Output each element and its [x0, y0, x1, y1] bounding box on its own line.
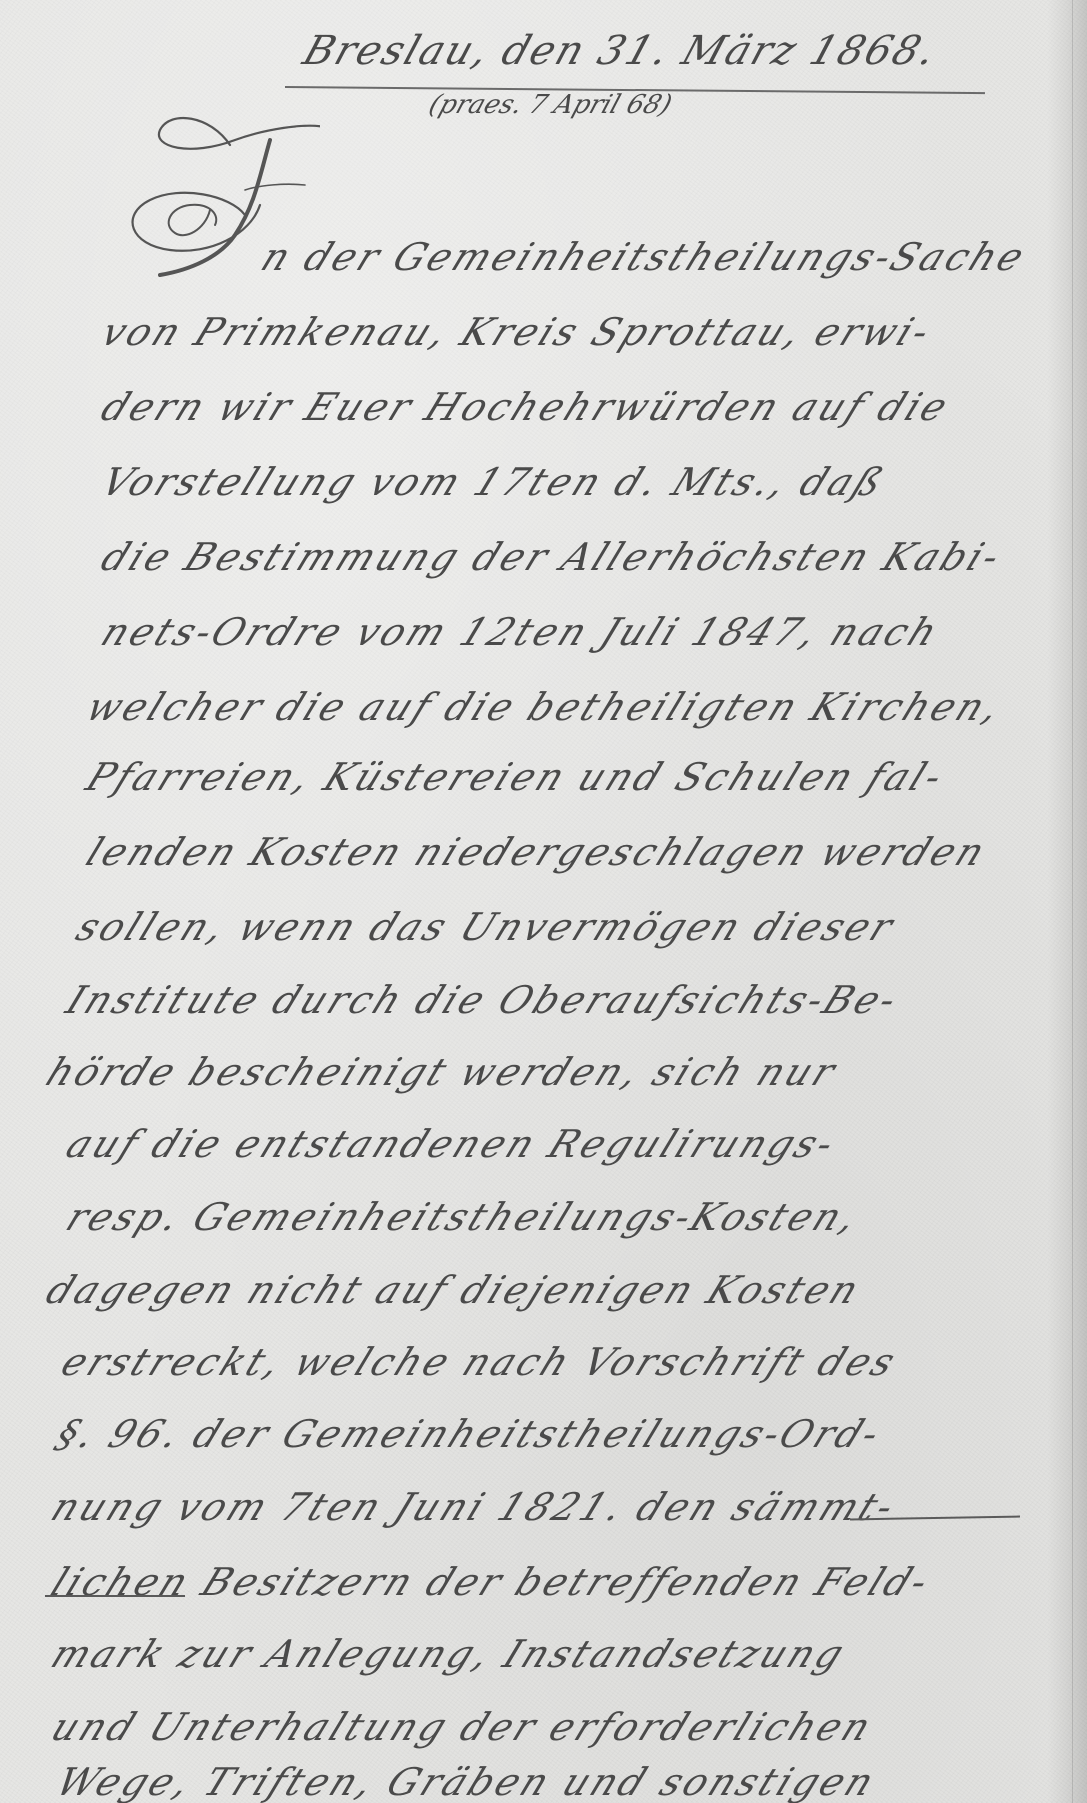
body-line: Wege, Triften, Gräben und sonstigen	[50, 1760, 883, 1803]
body-line: resp. Gemeinheitstheilungs-Kosten,	[60, 1195, 867, 1239]
body-line: hörde bescheinigt werden, sich nur	[40, 1050, 844, 1094]
body-line: dagegen nicht auf diejenigen Kosten	[40, 1268, 868, 1312]
body-line: von Primkenau, Kreis Sprottau, erwi-	[95, 310, 939, 354]
body-line: lenden Kosten niedergeschlagen werden	[80, 830, 994, 874]
body-line: erstreckt, welche nach Vorschrift des	[55, 1340, 904, 1384]
body-line: sollen, wenn das Unvermögen dieser	[70, 905, 902, 949]
body-line: Vorstellung vom 17ten d. Mts., daß	[95, 460, 893, 504]
body-line: dern wir Euer Hochehrwürden auf die	[95, 385, 957, 429]
underline-mark	[45, 1595, 185, 1597]
body-line: nets-Ordre vom 12ten Juli 1847, nach	[95, 610, 947, 654]
body-line: Pfarreien, Küstereien und Schulen fal-	[80, 755, 952, 799]
body-line: mark zur Anlegung, Instandsetzung	[45, 1632, 853, 1676]
body-line: n der Gemeinheitstheilungs-Sache	[255, 235, 1033, 279]
body-line: §. 96. der Gemeinheitstheilungs-Ord-	[50, 1412, 889, 1456]
letter-body: n der Gemeinheitstheilungs-Sache von Pri…	[0, 0, 1087, 1803]
body-line: und Unterhaltung der erforderlichen	[45, 1705, 880, 1749]
body-line: Institute durch die Oberaufsichts-Be-	[60, 978, 906, 1022]
body-line: welcher die auf die betheiligten Kirchen…	[80, 685, 1009, 729]
document-page: Breslau, den 31. März 1868. (praes. 7 Ap…	[0, 0, 1087, 1803]
body-line: nung vom 7ten Juni 1821. den sämmt-	[45, 1485, 904, 1529]
body-line: auf die entstandenen Regulirungs-	[60, 1122, 844, 1166]
body-line: die Bestimmung der Allerhöchsten Kabi-	[95, 535, 1009, 579]
body-line: lichen Besitzern der betreffenden Feld-	[45, 1560, 938, 1604]
